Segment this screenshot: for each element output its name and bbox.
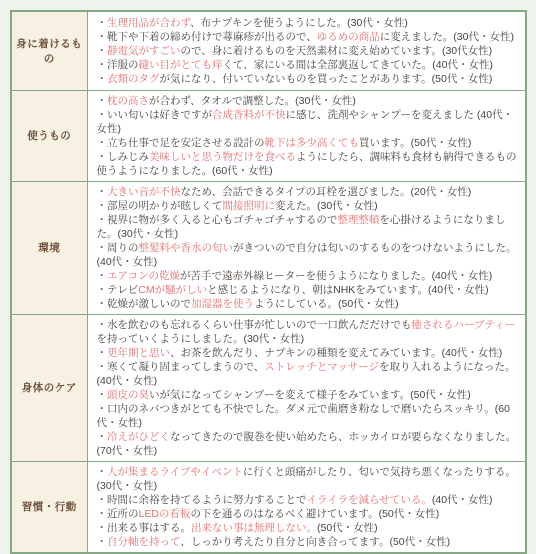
list-item: ・しみじみ美味しいと思う物だけを食べるようにしたら、調味料も食材も納得できるもの… — [97, 150, 520, 178]
item-text: 、布ナプキンを使うようにした。(30代・女性) — [190, 17, 408, 29]
items-cell: ・枕の高さが合わず、タオルで調整した。(30代・女性)・いい匂いは好きですが合成… — [87, 90, 526, 181]
item-text: ・しみじみ — [97, 151, 150, 163]
category-label: 使うもの — [11, 90, 87, 181]
list-item: ・立ち仕事で足を安定させる設計の靴下は多少高くても買います。(50代・女性) — [97, 136, 520, 150]
list-item: ・口内のネバつきがとても不快でした。ダメ元で歯磨き粉なしで磨いたらスッキリ。(6… — [97, 402, 520, 430]
item-text: ・テレビ — [97, 284, 139, 296]
item-text: ・ — [97, 347, 108, 359]
highlighted-text: 美味しいと思う物だけを食べる — [149, 151, 296, 163]
item-text: ・洋服の — [97, 59, 139, 71]
highlighted-text: 枕の高さ — [107, 95, 149, 107]
list-item: ・乾燥が激しいので加湿器を使うようにしている。(50代・女性) — [97, 297, 520, 311]
item-text: ・ — [97, 73, 108, 85]
highlighted-text: 縫い目がとても痒 — [139, 59, 223, 71]
item-text: ・ — [97, 270, 108, 282]
highlighted-text: 生理用品が合わず — [107, 17, 190, 29]
item-text: ・周りの — [97, 242, 139, 254]
list-item: ・寒くて凝り固まってしまうので、ストレッチとマッサージを取り入れるようになった。… — [97, 360, 520, 388]
item-text: ・靴下や下着の締め付けで蕁麻疹が出るので、 — [97, 31, 317, 43]
item-text: ようにしている。(50代・女性) — [254, 298, 399, 310]
item-text: ・乾燥が激しいので — [97, 298, 192, 310]
highlighted-text: 冷えがひどく — [107, 431, 170, 443]
item-text: ・ — [97, 186, 108, 198]
list-item: ・いい匂いは好きですが合成香料が不快に感じ、洗剤やシャンプーを変えました (40… — [97, 108, 520, 136]
list-item: ・頭皮の臭いが気になってシャンプーを変えて様子をみています。(50代・女性) — [97, 388, 520, 402]
item-text: いが気になってシャンプーを変えて様子をみています。(50代・女性) — [149, 389, 471, 401]
item-text: ・ — [97, 17, 108, 29]
list-item: ・エアコンの乾燥が苦手で遠赤外線ヒーターを使うようになりました。(40代・女性) — [97, 269, 520, 283]
item-text: ・いい匂いは好きですが — [97, 109, 213, 121]
list-item: ・大きい音が不快なため、会話できるタイプの耳栓を選びました。(20代・女性) — [97, 185, 520, 199]
highlighted-text: 静電気がすごい — [107, 45, 181, 57]
item-text: ・ — [97, 45, 108, 57]
highlighted-text: 整理整頓 — [337, 214, 379, 226]
list-item: ・靴下や下着の締め付けで蕁麻疹が出るので、ゆるめの商品に変えました。(30代・女… — [97, 30, 520, 44]
category-label: 身体のケア — [11, 314, 87, 452]
highlighted-text: 間接照明に — [223, 200, 276, 212]
item-text: ・ — [97, 389, 108, 401]
item-text: ・ — [97, 95, 108, 107]
item-text: が気になり、付いていないものを買ったことがあります。(50代・女性) — [160, 73, 493, 85]
list-item: ・枕の高さが合わず、タオルで調整した。(30代・女性) — [97, 94, 520, 108]
table-row: 環境・大きい音が不快なため、会話できるタイプの耳栓を選びました。(20代・女性)… — [11, 181, 526, 314]
list-item: ・周りの整髪料や香水の匂いがきついので自分は匂いのするものをつけないようにした。… — [97, 241, 520, 269]
highlighted-text: ストレッチとマッサージ — [264, 361, 379, 373]
category-label: 環境 — [11, 181, 87, 314]
item-text: ・口内のネバつきがとても不快でした。ダメ元で歯磨き粉なしで磨いたらスッキリ。(6… — [97, 403, 510, 429]
items-cell: ・生理用品が合わず、布ナプキンを使うようにした。(30代・女性)・靴下や下着の締… — [87, 11, 526, 90]
category-label: 身に着けるもの — [11, 11, 87, 90]
list-item: ・衣類のタグが気になり、付いていないものを買ったことがあります。(50代・女性) — [97, 72, 520, 86]
item-text: ・立ち仕事で足を安定させる設計の — [97, 137, 265, 149]
item-text: なため、会話できるタイプの耳栓を選びました。(20代・女性) — [181, 186, 472, 198]
item-text: が合わず、タオルで調整した。(30代・女性) — [149, 95, 356, 107]
highlighted-text: 整髪料や香水の匂い — [139, 242, 234, 254]
list-item: ・テレビCMが騒がしいと感じるようになり、朝はNHKをみています。(40代・女性… — [97, 283, 520, 297]
item-text: ・寒くて凝り固まってしまうので、 — [97, 361, 265, 373]
table-row: 使うもの・枕の高さが合わず、タオルで調整した。(30代・女性)・いい匂いは好きで… — [11, 90, 526, 181]
item-text: と感じるようになり、朝はNHKをみています。(40代・女性) — [207, 284, 489, 296]
item-text: ・視界に物が多く入ると心もゴチャゴチャするので — [97, 214, 338, 226]
table-row: 身体のケア・水を飲むのも忘れるくらい仕事が忙しいので一口飲んだだけでも癒されるハ… — [11, 314, 526, 452]
item-text: に変えました。(30代・女性) — [380, 31, 514, 43]
item-text: ・水を飲むのも忘れるくらい仕事が忙しいので一口飲んだだけでも — [97, 319, 412, 331]
highlighted-text: 靴下は多少高くても — [265, 137, 360, 149]
list-item: ・洋服の縫い目がとても痒くて、家にいる間は全部裏返してきていた。(40代・女性) — [97, 58, 520, 72]
list-item: ・視界に物が多く入ると心もゴチャゴチャするので整理整頓を心掛けるようになりました… — [97, 213, 520, 241]
highlighted-text: 癒されるハーブティー — [412, 319, 516, 331]
items-cell: ・水を飲むのも忘れるくらい仕事が忙しいので一口飲んだだけでも癒されるハーブティー… — [87, 314, 526, 452]
highlighted-text: 加湿器を使う — [191, 298, 254, 310]
item-text: ・ — [97, 431, 108, 443]
highlighted-text: 大きい音が不快 — [107, 186, 181, 198]
category-table-body: 身に着けるもの・生理用品が合わず、布ナプキンを使うようにした。(30代・女性)・… — [11, 11, 526, 452]
list-item: ・静電気がすごいので、身に着けるものを天然素材に変え始めています。(30代女性) — [97, 44, 520, 58]
highlighted-text: 更年期と思い — [107, 347, 170, 359]
list-item: ・水を飲むのも忘れるくらい仕事が忙しいので一口飲んだだけでも癒されるハーブティー… — [97, 318, 520, 346]
list-item: ・部屋の明かりが眩しくて間接照明に変えた。(30代・女性) — [97, 199, 520, 213]
survey-results-table: 身に着けるもの・生理用品が合わず、布ナプキンを使うようにした。(30代・女性)・… — [10, 10, 527, 452]
item-text: 、お茶を飲んだり、ナプキンの種類を変えてみています。(40代・女性) — [170, 347, 502, 359]
item-text: ので、身に着けるものを天然素材に変え始めています。(30代女性) — [181, 45, 493, 57]
item-text: 変えた。(30代・女性) — [275, 200, 378, 212]
highlighted-text: 衣類のタグ — [107, 73, 160, 85]
item-text: が苦手で遠赤外線ヒーターを使うようになりました。(40代・女性) — [180, 270, 492, 282]
highlighted-text: 頭皮の臭 — [107, 389, 149, 401]
highlighted-text: ゆるめの商品 — [317, 31, 380, 43]
highlighted-text: CMが騒がしい — [138, 284, 207, 296]
item-text: くて、家にいる間は全部裏返してきていた。(40代・女性) — [223, 59, 493, 71]
list-item: ・生理用品が合わず、布ナプキンを使うようにした。(30代・女性) — [97, 16, 520, 30]
highlighted-text: 合成香料が不快 — [212, 109, 286, 121]
list-item: ・更年期と思い、お茶を飲んだり、ナプキンの種類を変えてみています。(40代・女性… — [97, 346, 520, 360]
highlighted-text: エアコンの乾燥 — [107, 270, 180, 282]
item-text: ・部屋の明かりが眩しくて — [97, 200, 223, 212]
item-text: 買います。(50代・女性) — [359, 137, 471, 149]
list-item: ・冷えがひどくなってきたので腹巻を使い始めたら、ホッカイロが要らなくなりました。… — [97, 430, 520, 453]
items-cell: ・大きい音が不快なため、会話できるタイプの耳栓を選びました。(20代・女性)・部… — [87, 181, 526, 314]
item-text: を持っていくようにしました。(30代・女性) — [97, 333, 305, 345]
table-row: 身に着けるもの・生理用品が合わず、布ナプキンを使うようにした。(30代・女性)・… — [11, 11, 526, 90]
